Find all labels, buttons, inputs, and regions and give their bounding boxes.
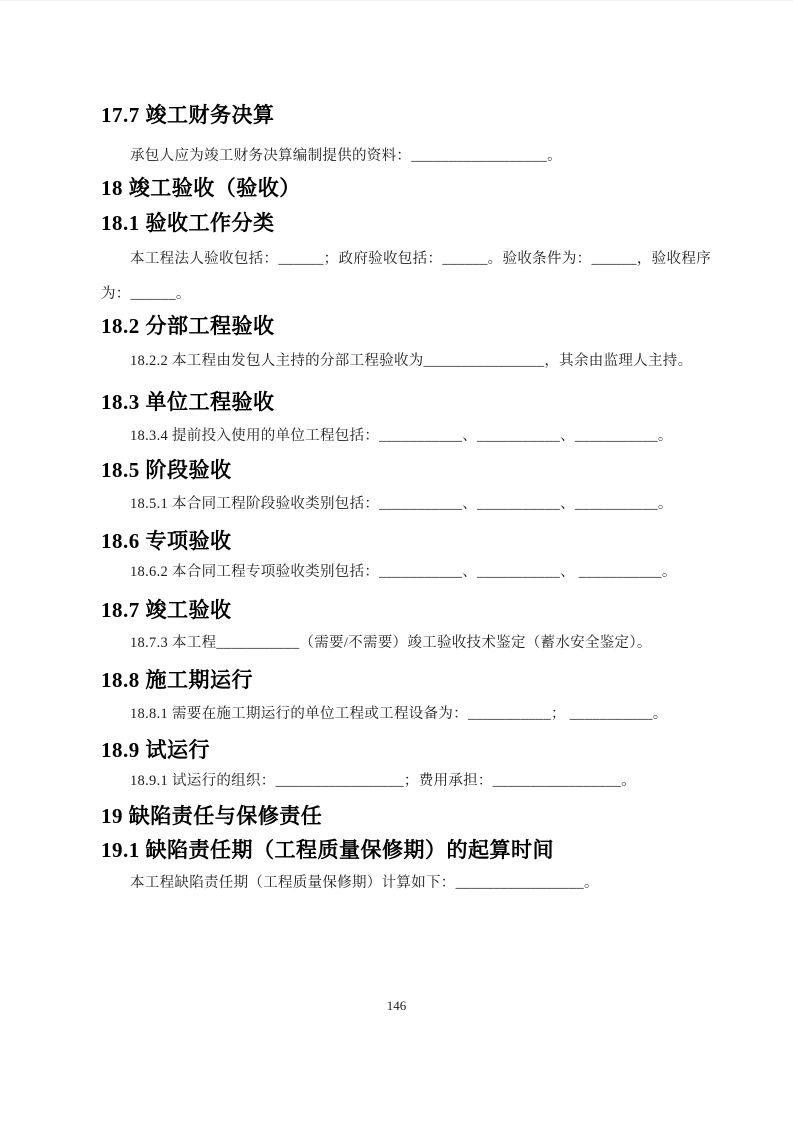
para-18-7-3: 18.7.3 本工程___________（需要/不需要）竣工验收技术鉴定（蓄水… [130, 634, 740, 652]
page-number: 146 [0, 998, 793, 1014]
section-heading-18-9: 18.9 试运行 [101, 738, 761, 762]
document-page: 17.7 竣工财务决算 承包人应为竣工财务决算编制提供的资料：_________… [0, 0, 793, 1123]
para-18-9-1: 18.9.1 试运行的组织：_________________；费用承担：___… [130, 772, 740, 790]
section-heading-19-1: 19.1 缺陷责任期（工程质量保修期）的起算时间 [101, 838, 761, 862]
para-18-1-line2: 为：______。 [101, 285, 711, 303]
para-18-2-2: 18.2.2 本工程由发包人主持的分部工程验收为________________… [130, 352, 740, 370]
para-18-1-line1: 本工程法人验收包括：______；政府验收包括：______。验收条件为：___… [101, 250, 711, 268]
section-heading-18-3: 18.3 单位工程验收 [101, 390, 761, 414]
para-18-8-1: 18.8.1 需要在施工期运行的单位工程或工程设备为：___________； … [130, 705, 740, 723]
para-18-6-2: 18.6.2 本合同工程专项验收类别包括：___________、_______… [130, 563, 740, 581]
para-19-1: 本工程缺陷责任期（工程质量保修期）计算如下：_________________。 [101, 874, 711, 892]
section-heading-18-8: 18.8 施工期运行 [101, 668, 761, 692]
section-heading-18-6: 18.6 专项验收 [101, 529, 761, 553]
chapter-heading-18: 18 竣工验收（验收） [101, 176, 761, 200]
section-heading-18-1: 18.1 验收工作分类 [101, 211, 761, 235]
para-18-5-1: 18.5.1 本合同工程阶段验收类别包括：___________、_______… [130, 495, 740, 513]
para-18-3-4: 18.3.4 提前投入使用的单位工程包括：___________、_______… [130, 427, 740, 445]
section-heading-17-7: 17.7 竣工财务决算 [101, 103, 761, 127]
para-17-7-materials: 承包人应为竣工财务决算编制提供的资料：__________________。 [130, 147, 740, 165]
section-heading-18-2: 18.2 分部工程验收 [101, 314, 761, 338]
section-heading-18-7: 18.7 竣工验收 [101, 598, 761, 622]
chapter-heading-19: 19 缺陷责任与保修责任 [101, 804, 761, 828]
section-heading-18-5: 18.5 阶段验收 [101, 458, 761, 482]
